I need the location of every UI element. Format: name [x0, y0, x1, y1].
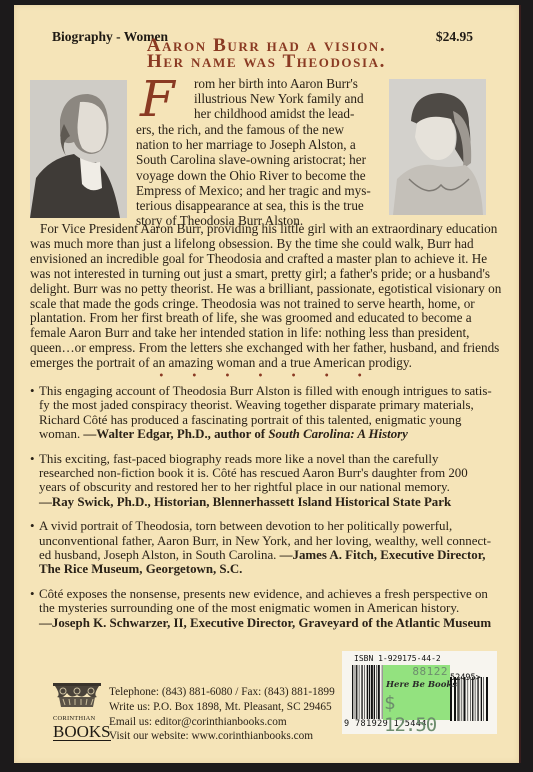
sticker-store-name: Here Be Books: [386, 680, 457, 690]
body-paragraph: For Vice President Aaron Burr, providing…: [30, 222, 496, 371]
contact-phone: Telephone: (843) 881-6080 / Fax: (843) 8…: [109, 685, 335, 700]
headline-line-2: Her name was Theodosia.: [0, 54, 533, 70]
publisher-name-line-1: CORINTHIAN: [53, 715, 108, 722]
headline: Aaron Burr had a vision. Her name was Th…: [0, 38, 533, 70]
corinthian-capital-icon: [53, 683, 101, 709]
endorsement: • This engaging account of Theodosia Bur…: [30, 384, 500, 442]
intro-paragraph: F rom her birth into Aaron Burr's illust…: [136, 76, 382, 228]
attribution-title: South Carolina: A History: [268, 427, 408, 441]
attribution: —James A. Fitch, Executive Director,: [280, 548, 486, 562]
sticker-code: 88122: [412, 665, 448, 678]
publisher-contact: Telephone: (843) 881-6080 / Fax: (843) 8…: [109, 685, 335, 744]
intro-line: Empress of Mexico; and her tragic and my…: [136, 183, 382, 198]
endorsement: • This exciting, fast-paced biography re…: [30, 452, 500, 510]
separator-dots: • • • • • • •: [0, 371, 533, 382]
body-line: female Aaron Burr and take her intended …: [30, 326, 496, 341]
attribution: —Walter Edgar, Ph.D., author of: [83, 427, 268, 441]
bullet-icon: •: [30, 384, 35, 398]
bullet-icon: •: [30, 519, 35, 533]
body-line: emerges the portrait of an amazing woman…: [30, 356, 496, 371]
attribution: —Ray Swick, Ph.D., Historian, Blennerhas…: [39, 495, 451, 509]
drop-cap: F: [136, 76, 192, 122]
attribution: —Joseph K. Schwarzer, II, Executive Dire…: [39, 616, 491, 630]
attribution-line-2: The Rice Museum, Georgetown, S.C.: [39, 562, 242, 576]
price-sticker: 88122 Here Be Books $ 12.50: [383, 665, 450, 720]
intro-line: terious disappearance at sea, this is th…: [136, 198, 382, 213]
intro-line: nation to her marriage to Joseph Alston,…: [136, 137, 382, 152]
isbn-number: ISBN 1-929175-44-2: [354, 654, 441, 663]
contact-address: Write us: P.O. Box 1898, Mt. Pleasant, S…: [109, 700, 335, 715]
body-line: scale that made the gods cringe. Theodos…: [30, 297, 496, 312]
body-line: was much more than just a lifelong obses…: [30, 237, 496, 252]
body-line: queen…or empress. From the letters she e…: [30, 341, 496, 356]
bullet-icon: •: [30, 452, 35, 466]
portrait-woman-icon: [389, 79, 486, 215]
intro-line: voyage down the Ohio River to become the: [136, 168, 382, 183]
endorsement: • Côté exposes the nonsense, presents ne…: [30, 587, 500, 630]
publisher-name-line-2: BOOKS: [53, 724, 111, 741]
sticker-price: $ 12.50: [384, 692, 450, 736]
contact-website: Visit our website: www.corinthianbooks.c…: [109, 729, 335, 744]
portrait-man-icon: [30, 80, 127, 218]
body-line: envisioned an incredible goal for Theodo…: [30, 252, 496, 267]
intro-line: ers, the rich, and the famous of the new: [136, 122, 382, 137]
body-line: For Vice President Aaron Burr, providing…: [30, 222, 496, 237]
portrait-theodosia: [389, 79, 486, 215]
endorsements: • This engaging account of Theodosia Bur…: [30, 384, 500, 640]
body-line: was not interested in turning out just a…: [30, 267, 496, 282]
publisher-logo: CORINTHIAN BOOKS: [53, 683, 108, 745]
intro-line: South Carolina slave-owning aristocrat; …: [136, 152, 382, 167]
body-line: plantation. From her first breath of lif…: [30, 311, 496, 326]
bullet-icon: •: [30, 587, 35, 601]
body-line: delight. Burr was no petty theorist. He …: [30, 282, 496, 297]
contact-email: Email us: editor@corinthianbooks.com: [109, 715, 335, 730]
portrait-aaron-burr: [30, 80, 127, 218]
endorsement: • A vivid portrait of Theodosia, torn be…: [30, 519, 500, 577]
